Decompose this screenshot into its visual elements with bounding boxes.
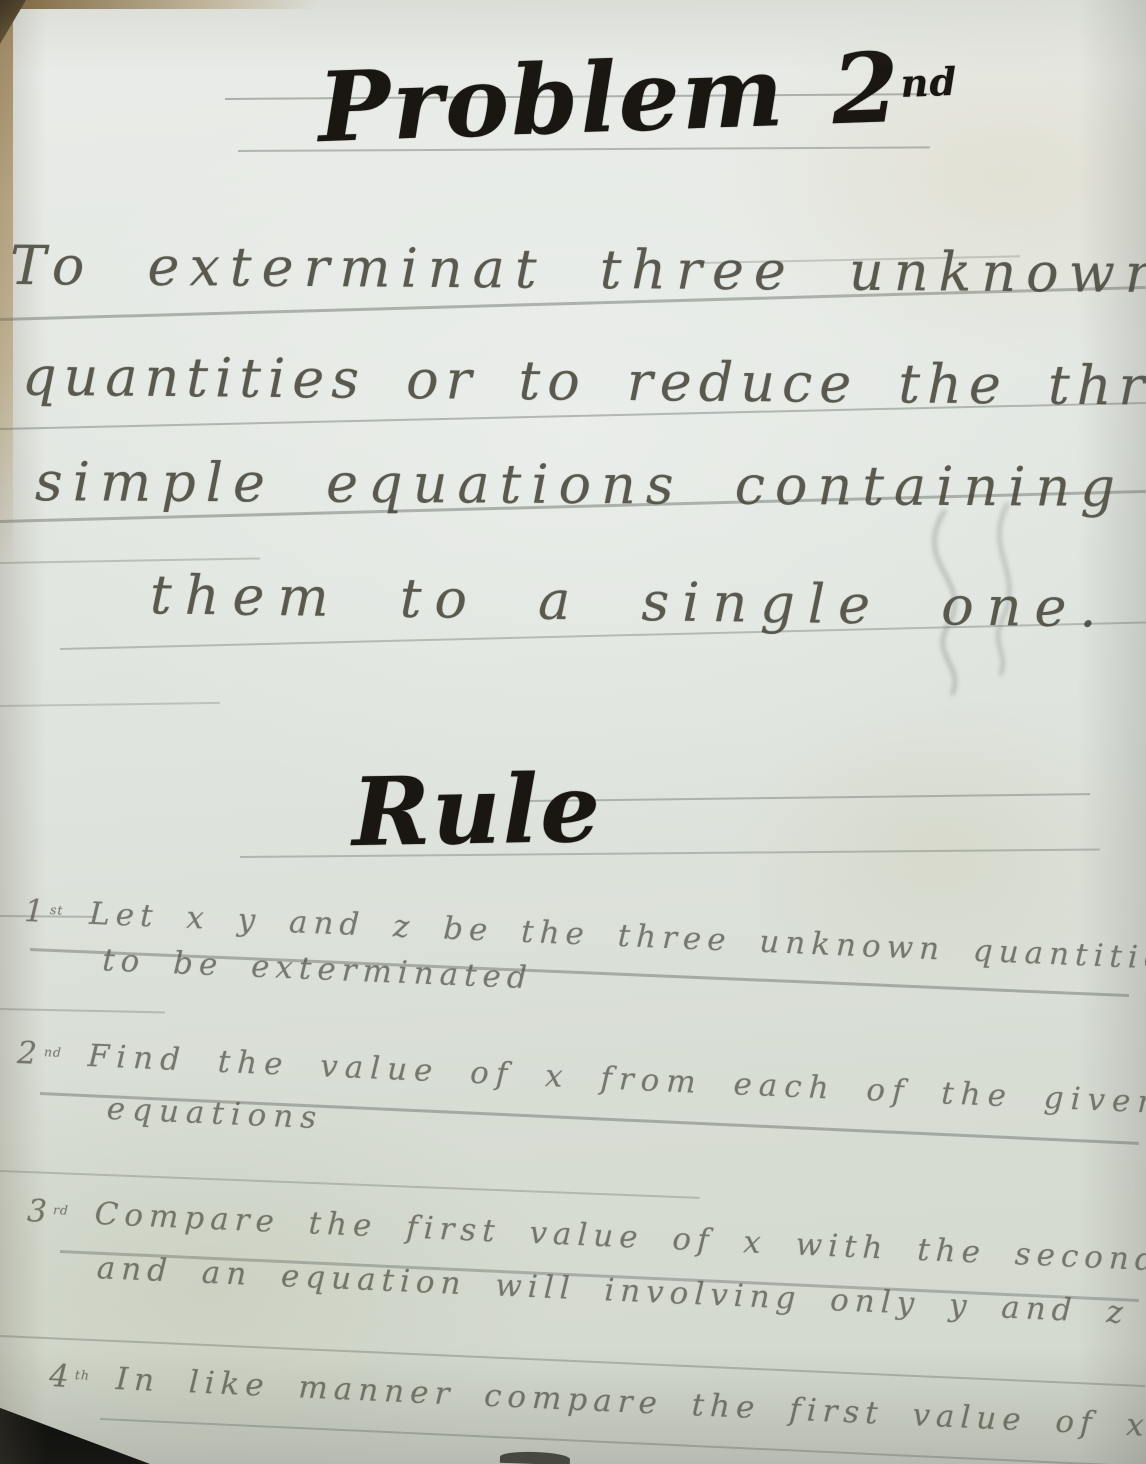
page-title: Problem 2nd: [316, 29, 959, 164]
rule-1-ordinal: st: [50, 902, 64, 918]
rule-4-ordinal: th: [75, 1367, 91, 1383]
page-title-ordinal: nd: [900, 60, 958, 107]
rule-heading: Rule: [351, 754, 603, 868]
manuscript-photo: Problem 2nd To exterminat three unknown …: [0, 0, 1146, 1464]
rule-3-number: 3rd: [26, 1193, 69, 1231]
page-title-word: Problem: [316, 35, 787, 164]
rule-2-number: 2nd: [16, 1035, 62, 1073]
statement-line: To exterminat three unknown: [10, 234, 1146, 305]
statement-line: them to a single one.: [150, 563, 1110, 639]
statement-line: simple equations containing: [35, 450, 1125, 519]
rule-3-ordinal: rd: [53, 1202, 69, 1218]
page-edge-top: [0, 0, 320, 9]
rule-4-number: 4th: [48, 1358, 90, 1396]
page-title-number: 2: [830, 31, 903, 146]
rule-2-ordinal: nd: [44, 1044, 63, 1060]
rule-1-number: 1st: [23, 893, 64, 931]
statement-line: quantities or to reduce the three: [22, 345, 1146, 419]
